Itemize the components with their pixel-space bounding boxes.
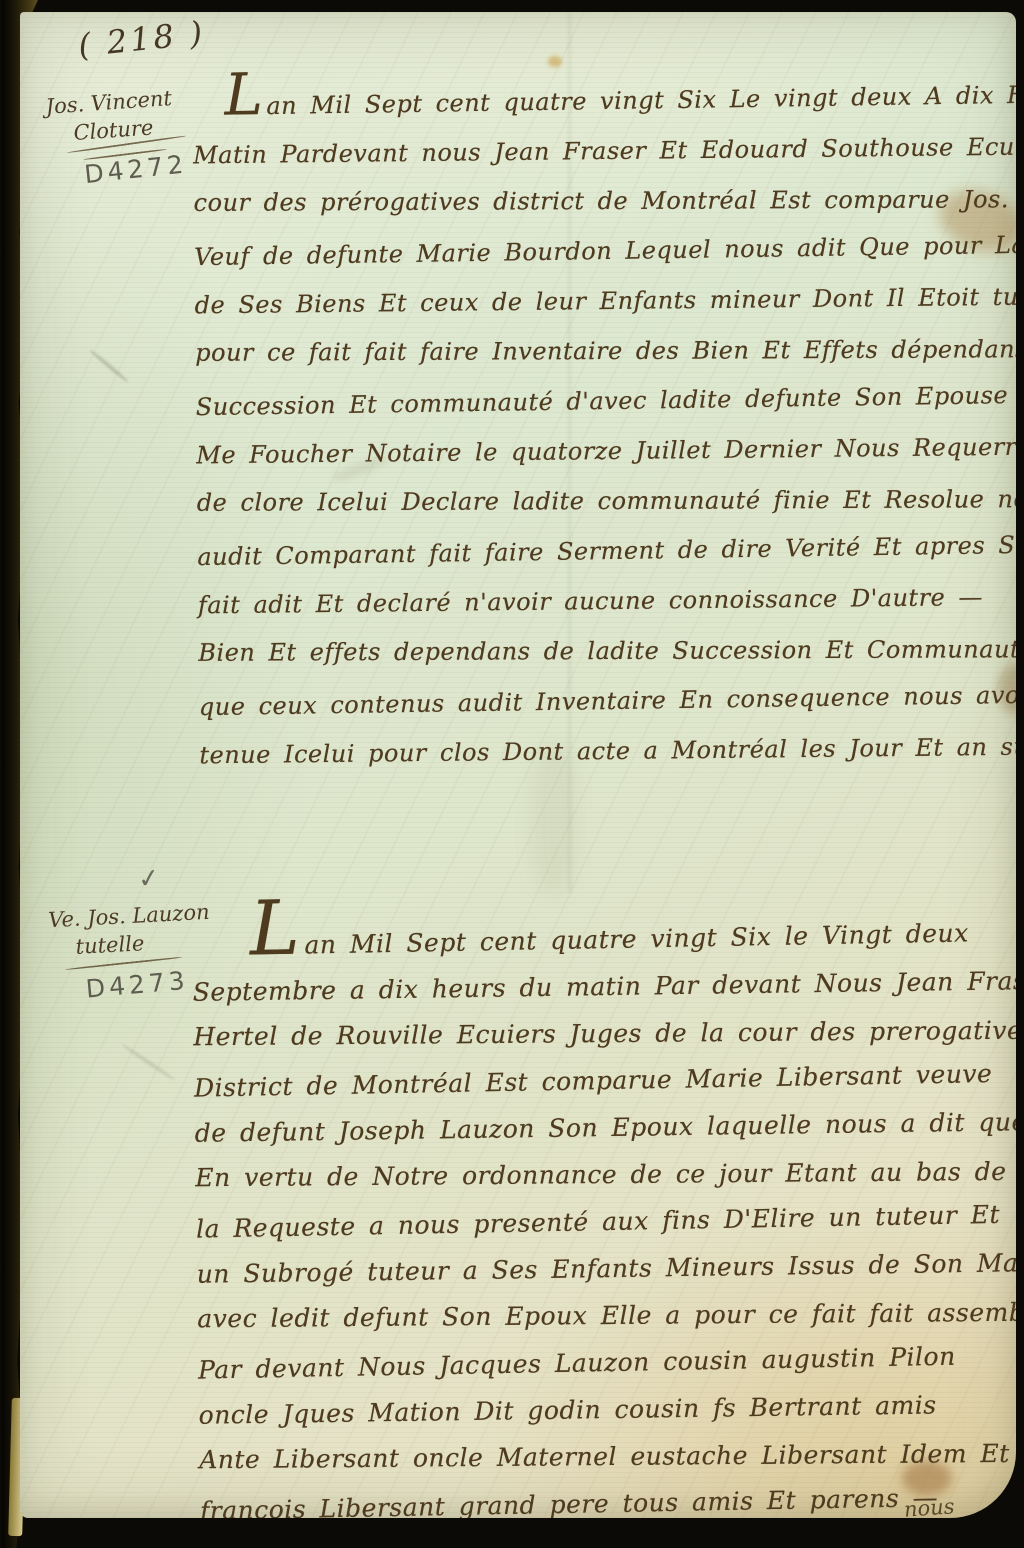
entry-tutelle-lauzon: Lan Mil Sept cent quatre vingt Six le Vi… <box>192 910 1016 1518</box>
margin-note-cloture: Jos. Vincent Cloture D4272 <box>45 85 188 189</box>
catchword: nous <box>903 1494 955 1518</box>
check-mark: ✓ <box>136 863 162 896</box>
margin-note-name: Ve. Jos. Lauzon <box>48 900 210 932</box>
manuscript-line: tenue Icelui pour clos Dont acte a Montr… <box>199 722 1016 781</box>
margin-note-tutelle: Ve. Jos. Lauzon tutelle D4273 <box>48 900 214 1003</box>
photographed-manuscript: ( 218 ) Jos. Vincent Cloture D4272 ✓ Ve.… <box>0 0 1024 1548</box>
manuscript-line: cour des prérogatives district de Montré… <box>194 174 1016 228</box>
margin-note-type: Cloture <box>73 113 185 145</box>
manuscript-line: Matin Pardevant nous Jean Fraser Et Edou… <box>193 122 1016 181</box>
manuscript-line: fait adit Et declaré n'avoir aucune conn… <box>198 572 1016 631</box>
manuscript-line: de Ses Biens Et ceux de leur Enfants min… <box>194 272 1016 331</box>
reference-number: D4272 <box>83 149 188 189</box>
pencil-smudge <box>120 1042 175 1081</box>
manuscript-line: pour ce fait fait faire Inventaire des B… <box>195 324 1016 378</box>
page-number: ( 218 ) <box>76 13 207 64</box>
paper-stain <box>548 56 562 67</box>
entry-cloture-vincent: Lan Mil Sept cent quatre vingt Six Le vi… <box>192 72 1016 781</box>
manuscript-line: de clore Icelui Declare ladite communaut… <box>197 474 1016 528</box>
manuscript-page: ( 218 ) Jos. Vincent Cloture D4272 ✓ Ve.… <box>20 12 1016 1518</box>
manuscript-line: Me Foucher Notaire le quatorze Juillet D… <box>196 422 1016 481</box>
manuscript-line: Bien Et effets dependans de ladite Succe… <box>198 624 1016 678</box>
pencil-smudge <box>89 348 130 383</box>
